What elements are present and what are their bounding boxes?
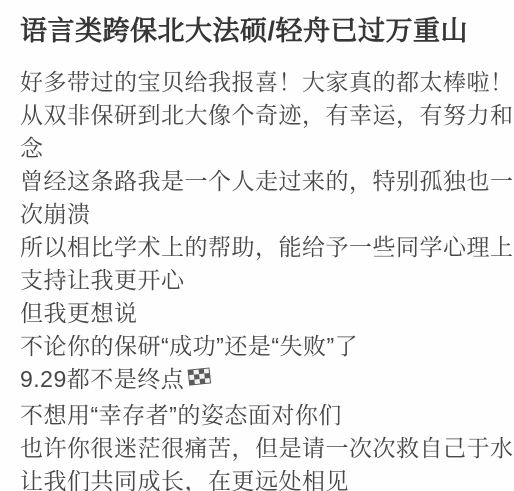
text-line: 好多带过的宝贝给我报喜！大家真的都太棒啦！ [20,66,496,99]
text-line-with-flag: 9.29都不是终点 [20,363,496,399]
text-line: 让我们共同成长，在更远处相见 [20,465,496,491]
text-line: 也许你很迷茫很痛苦，但是请一次次救自己于水火 [20,432,496,465]
text-line: 不想用“幸存者”的姿态面对你们 [20,399,496,432]
text-line: 9.29都不是终点 [20,366,184,392]
post-title: 语言类跨保北大法硕/轻舟已过万重山 [20,16,496,46]
checkered-flag-icon [187,366,213,399]
text-line: 所以相比学术上的帮助，能给予一些同学心理上的 [20,231,496,264]
post-body: 好多带过的宝贝给我报喜！大家真的都太棒啦！ 从双非保研到北大像个奇迹，有幸运，有… [20,66,496,491]
text-line: 念 [20,132,496,165]
text-line: 曾经这条路我是一个人走过来的，特别孤独也一次 [20,165,496,198]
text-line: 从双非保研到北大像个奇迹，有幸运，有努力和信 [20,99,496,132]
text-line: 支持让我更开心 [20,264,496,297]
text-line: 次崩溃 [20,198,496,231]
post: 语言类跨保北大法硕/轻舟已过万重山 好多带过的宝贝给我报喜！大家真的都太棒啦！ … [0,0,514,491]
text-line: 但我更想说 [20,297,496,330]
text-line: 不论你的保研“成功”还是“失败”了 [20,330,496,363]
